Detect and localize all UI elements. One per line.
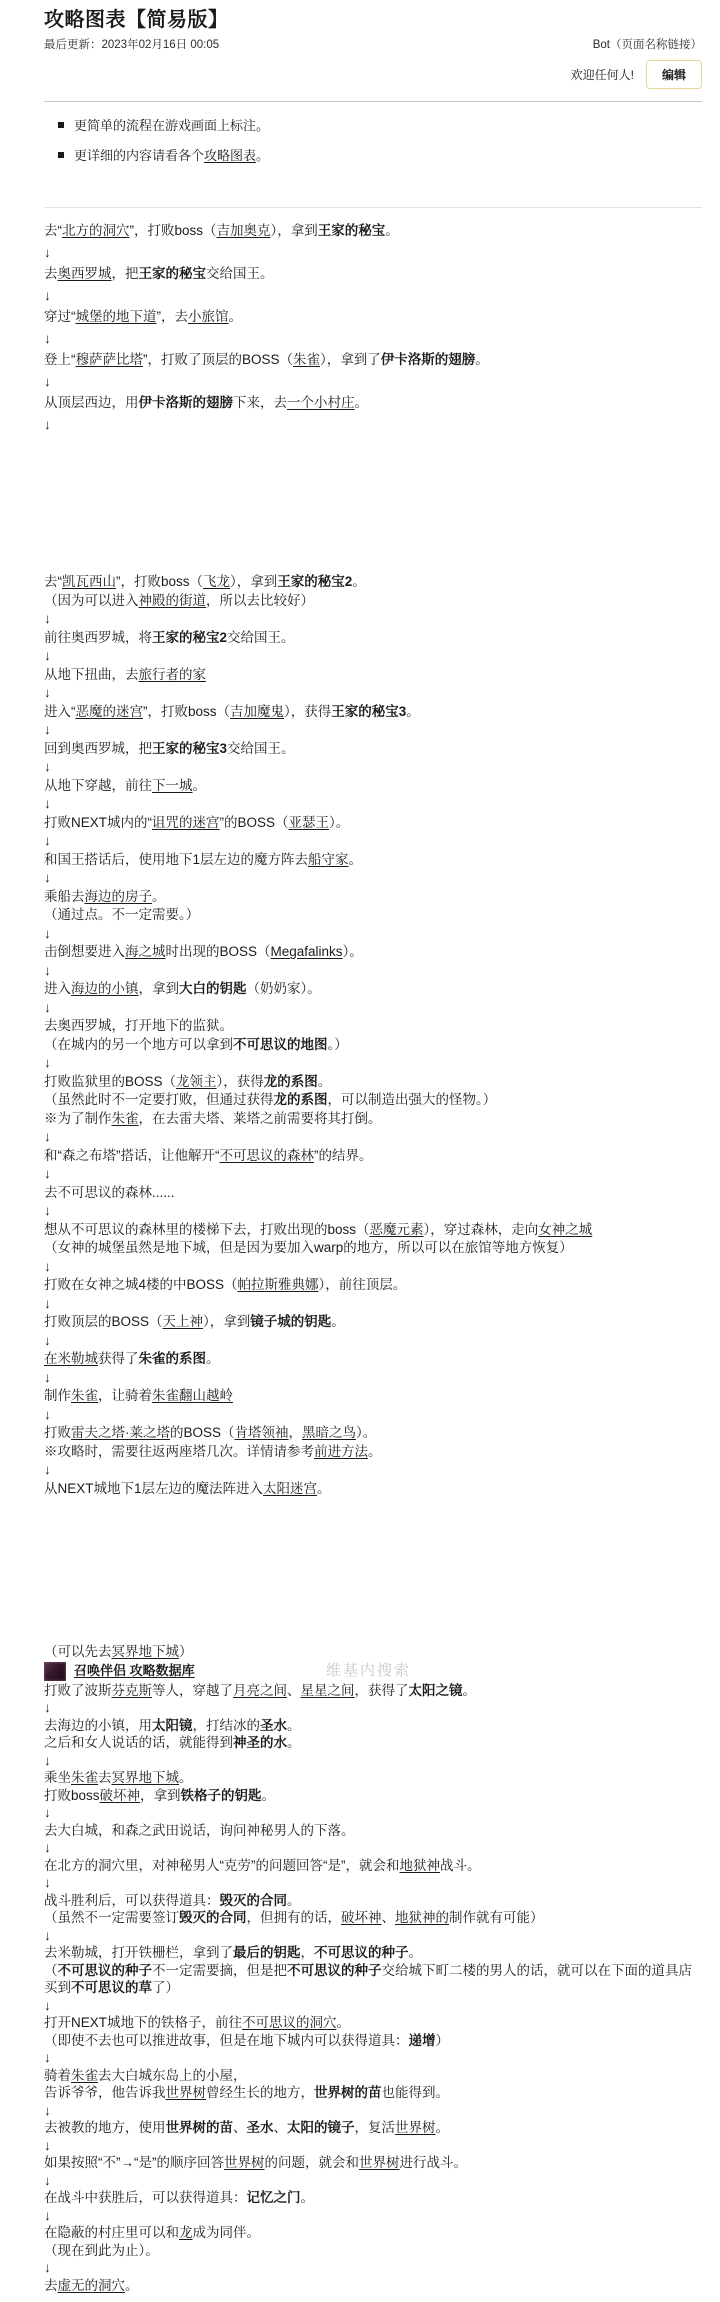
text: ↓ [44, 1333, 51, 1348]
flow-arrow: ↓ [44, 1054, 702, 1073]
text: ↓ [44, 1462, 51, 1477]
text: 等人，穿越了 [152, 1683, 233, 1698]
text: 、 [274, 2120, 288, 2135]
bold-text: 不可思议的种子 [287, 1963, 382, 1978]
text: 。 [287, 1735, 301, 1750]
inline-link[interactable]: Megafalinks [271, 944, 343, 959]
flow-arrow: ↓ [44, 1874, 702, 1892]
text: ↓ [44, 245, 51, 260]
flow-arrow: ↓ [44, 2207, 702, 2225]
flow-line: 去“凯瓦西山”，打败boss（飞龙），拿到王家的秘宝2。 [44, 573, 702, 592]
bullet-item: 更简单的流程在游戏画面上标注。 [58, 116, 702, 135]
flow-line: 登上“穆萨萨比塔”，打败了顶层的BOSS（朱雀），拿到了伊卡洛斯的翅膀。 [44, 349, 702, 371]
text: （虽然不一定需要签订 [44, 1910, 179, 1925]
flow-arrow: ↓ [44, 925, 702, 944]
flow-arrow: ↓ [44, 647, 702, 666]
inline-link[interactable]: 一个小村庄 [287, 395, 355, 410]
bold-text: 毁灭的合同 [179, 1910, 247, 1925]
text: 打败顶层的BOSS（ [44, 1314, 163, 1329]
bot-label: Bot（页面名称链接） [593, 38, 702, 52]
text: ”，打败boss（ [116, 574, 203, 589]
bold-text: 不可思议的草 [71, 1980, 152, 1995]
bold-text: 大白的钥匙 [179, 981, 247, 996]
flow-line: 打开NEXT城地下的铁格子，前往不可思议的洞穴。 [44, 2014, 702, 2032]
inline-link[interactable]: 龙 [179, 2225, 193, 2240]
text: 。 [463, 1683, 477, 1698]
page-title: 攻略图表【简易版】 [44, 8, 702, 32]
text: 时出现的BOSS（ [166, 944, 271, 959]
inline-link[interactable]: 冥界地下城 [112, 1770, 180, 1785]
flow-line: 骑着朱雀去大白城东岛上的小屋， [44, 2067, 702, 2085]
text: 乘坐 [44, 1770, 71, 1785]
text: 的BOSS（ [170, 1425, 235, 1440]
inline-link[interactable]: 地狱神的 [395, 1910, 449, 1925]
text: 打败了波斯 [44, 1683, 112, 1698]
text: 。 [318, 1074, 332, 1089]
text: 。 [287, 1718, 301, 1733]
text: ↓ [44, 870, 51, 885]
page-container: 攻略图表【简易版】 最后更新：2023年02月16日 00:05 Bot（页面名… [0, 0, 720, 2294]
text: 进入“ [44, 704, 76, 719]
bold-text: 太阳的镜子 [287, 2120, 355, 2135]
inline-link[interactable]: 朱雀 [71, 1770, 98, 1785]
text: ↓ [44, 1203, 51, 1218]
text: 去 [44, 266, 58, 281]
bold-text: 太阳之镜 [409, 1683, 463, 1698]
inline-link[interactable]: 前进方法 [314, 1444, 368, 1459]
text: 。 [317, 1481, 331, 1496]
text: 。 [287, 1893, 301, 1908]
flow-arrow: ↓ [44, 2172, 702, 2190]
edit-button[interactable]: 编辑 [646, 60, 702, 89]
text: ”的结界。 [314, 1148, 373, 1163]
text: ※为了制作 [44, 1111, 112, 1126]
text: ，但拥有的话， [247, 1910, 342, 1925]
text: （即使不去也可以推进故事，但是在地下城内可以获得道具： [44, 2033, 409, 2048]
text: 去“ [44, 223, 62, 238]
flow-arrow: ↓ [44, 2259, 702, 2277]
text: ↓ [44, 611, 51, 626]
text: 。 [409, 1945, 423, 1960]
inline-link[interactable]: 星星之间 [301, 1683, 355, 1698]
text: ↓ [44, 648, 51, 663]
text: 。 [229, 309, 243, 324]
flow-line: （可以先去冥界地下城） [44, 1643, 702, 1661]
bold-text: 王家的秘宝3 [152, 741, 227, 756]
text: ），获得 [284, 704, 331, 719]
text: 去被教的地方，使用 [44, 2120, 166, 2135]
text: ↓ [44, 796, 51, 811]
inline-link[interactable]: 诅咒的迷宫 [152, 815, 220, 830]
flow-line: 去米勒城，打开铁栅栏，拿到了最后的钥匙，不可思议的种子。 [44, 1944, 702, 1962]
bold-text: 朱雀的系图 [139, 1351, 207, 1366]
flow-arrow: ↓ [44, 2102, 702, 2120]
inline-link[interactable]: 月亮之间 [233, 1683, 287, 1698]
flow-arrow: ↓ [44, 999, 702, 1018]
inline-link[interactable]: 攻略图表 [204, 148, 256, 163]
text: 交给国王。 [227, 630, 295, 645]
flow-line: （虽然此时不一定要打败，但通过获得龙的系图，可以制造出强大的怪物。） [44, 1091, 702, 1110]
flow-line: 战斗胜利后，可以获得道具：毁灭的合同。 [44, 1892, 702, 1910]
flow-line: 穿过“城堡的地下道”，去小旅馆。 [44, 306, 702, 328]
bold-text: 铁格子的钥匙 [181, 1788, 262, 1803]
inline-link[interactable]: 旅行者的家 [139, 667, 207, 682]
text: 曾经生长的地方， [206, 2085, 314, 2100]
text: （虽然此时不一定要打败，但通过获得 [44, 1092, 274, 1107]
inline-link[interactable]: 奥西罗城 [58, 266, 112, 281]
bold-text: 王家的秘宝 [318, 223, 386, 238]
text: ，所以去比较好） [206, 593, 314, 608]
bold-text: 递增 [409, 2033, 436, 2048]
text: ）。 [343, 944, 363, 959]
flow-line: 从地下穿越，前往下一城。 [44, 777, 702, 796]
flow-arrow: ↓ [44, 758, 702, 777]
inline-link[interactable]: 地狱神 [399, 1858, 440, 1873]
text: ”，去 [157, 309, 189, 324]
flow-arrow: ↓ [44, 1699, 702, 1717]
flow-arrow: ↓ [44, 1804, 702, 1822]
flow-line: 打败监狱里的BOSS（龙领主），获得龙的系图。 [44, 1073, 702, 1092]
text: 从NEXT城地下1层左边的魔法阵进入 [44, 1481, 263, 1496]
text: ↓ [44, 331, 51, 346]
text: 。 [349, 852, 363, 867]
flow-line: 去“北方的洞穴”，打败boss（吉加奥克），拿到王家的秘宝。 [44, 220, 702, 242]
text: ↓ [44, 1753, 51, 1768]
flow-line: （现在到此为止）。 [44, 2242, 702, 2260]
text: （奶奶家）。 [247, 981, 321, 996]
text: 。 [152, 889, 166, 904]
inline-link[interactable]: 海之城 [125, 944, 166, 959]
text: ↓ [44, 926, 51, 941]
flow-line: 打败NEXT城内的“诅咒的迷宫”的BOSS（亚瑟王）。 [44, 814, 702, 833]
text: 也能得到。 [382, 2085, 450, 2100]
text: 。 [436, 2120, 450, 2135]
inline-link[interactable]: 亚瑟王 [289, 815, 330, 830]
flow-line: 如果按照“不”→“是”的顺序回答世界树的问题，就会和世界树进行战斗。 [44, 2154, 702, 2172]
flow-arrow: ↓ [44, 2137, 702, 2155]
text: ） [436, 2033, 450, 2048]
inline-link[interactable]: 不可思议的森林 [220, 1148, 315, 1163]
text: 。 [385, 223, 399, 238]
inline-link[interactable]: 恶魔元素 [370, 1222, 424, 1237]
flow-line: ※为了制作朱雀，在去雷夫塔、莱塔之前需要将其打倒。 [44, 1110, 702, 1129]
flow-line: 在战斗中获胜后，可以获得道具：记忆之门。 [44, 2189, 702, 2207]
inline-link[interactable]: 肯塔领袖 [235, 1425, 289, 1440]
bold-text: 圣水 [260, 1718, 287, 1733]
flow-line: 去奥西罗城，把王家的秘宝交给国王。 [44, 263, 702, 285]
text: ↓ [44, 2260, 51, 2275]
text: ， [289, 1425, 303, 1440]
flow-line: ※攻略时，需要往返两座塔几次。详情请参考前进方法。 [44, 1443, 702, 1462]
text: ↓ [44, 1928, 51, 1943]
bold-text: 王家的秘宝2 [277, 574, 352, 589]
bold-text: 毁灭的合同 [220, 1893, 288, 1908]
bold-text: 镜子城的钥匙 [250, 1314, 331, 1329]
text: ↓ [44, 1129, 51, 1144]
text: 告诉爷爷，他告诉我 [44, 2085, 166, 2100]
flow-line: （女神的城堡虽然是地下城，但是因为要加入warp的地方，所以可以在旅馆等地方恢复… [44, 1239, 702, 1258]
text: 下来，去 [233, 395, 287, 410]
bold-text: 世界树的苗 [166, 2120, 234, 2135]
inline-link[interactable]: 不可思议的洞穴 [242, 2015, 337, 2030]
text: ，可以制造出强大的怪物。） [328, 1092, 497, 1107]
companion-database-link[interactable]: 召唤伴侣 攻略数据库 [74, 1662, 195, 1680]
flow-arrow: ↓ [44, 684, 702, 703]
inline-link[interactable]: 城堡的地下道 [76, 309, 157, 324]
inline-link[interactable]: 朱雀翻山越岭 [152, 1388, 233, 1403]
inline-link[interactable]: 北方的洞穴 [62, 223, 130, 238]
flow-line: 乘船去海边的房子。 [44, 888, 702, 907]
flow-arrow: ↓ [44, 1839, 702, 1857]
text: 制作 [44, 1388, 71, 1403]
flow-line: 在米勒城获得了朱雀的系图。 [44, 1350, 702, 1369]
text: 。 [406, 704, 420, 719]
text: 去奥西罗城，打开地下的监狱。 [44, 1018, 233, 1033]
flow-arrow: ↓ [44, 1165, 702, 1184]
text: 交给国王。 [227, 741, 295, 756]
flow-line: 去被教的地方，使用世界树的苗、圣水、太阳的镜子，复活世界树。 [44, 2119, 702, 2137]
flow-line: （通过点。不一定需要。） [44, 906, 702, 925]
text: 、 [287, 1683, 301, 1698]
bold-text: 王家的秘宝2 [152, 630, 227, 645]
text: 去海边的小镇，用 [44, 1718, 152, 1733]
text: （可以先去 [44, 1644, 112, 1659]
flow-line: 去不可思议的森林...... [44, 1184, 702, 1203]
text: （通过点。不一定需要。） [44, 907, 199, 922]
flow-arrow: ↓ [44, 285, 702, 307]
text: 和国王搭话后，使用地下1层左边的魔方阵去 [44, 852, 308, 867]
text: （ [44, 1963, 58, 1978]
text: ） [179, 1644, 193, 1659]
wiki-search-watermark: 维基内搜索 [326, 1662, 411, 1680]
inline-link[interactable]: 太阳迷宫 [263, 1481, 317, 1496]
text: （现在到此为止）。 [44, 2243, 159, 2258]
inline-link[interactable]: 破坏神 [100, 1788, 141, 1803]
text: ↓ [44, 1000, 51, 1015]
text: （女神的城堡虽然是地下城，但是因为要加入warp的地方，所以可以在旅馆等地方恢复… [44, 1240, 573, 1255]
text: ↓ [44, 417, 51, 432]
text: 在战斗中获胜后，可以获得道具： [44, 2190, 247, 2205]
text: 打开NEXT城地下的铁格子，前往 [44, 2015, 242, 2030]
text: （在城内的另一个地方可以拿到 [44, 1037, 233, 1052]
text: ↓ [44, 1370, 51, 1385]
bold-text: 龙的系图 [264, 1074, 318, 1089]
flow-line: 想从不可思议的森林里的楼梯下去，打败出现的boss（恶魔元素），穿过森林，走向女… [44, 1221, 702, 1240]
text: 战斗胜利后，可以获得道具： [44, 1893, 220, 1908]
inline-link[interactable]: 海边的小镇 [71, 981, 139, 996]
inline-link[interactable]: 小旅馆 [188, 309, 229, 324]
flow-arrow: ↓ [44, 371, 702, 393]
text: ↓ [44, 2208, 51, 2223]
inline-link[interactable]: 冥界地下城 [112, 1644, 180, 1659]
bold-text: 王家的秘宝 [139, 266, 207, 281]
text: ↓ [44, 2138, 51, 2153]
text: 了） [152, 1980, 179, 1995]
text: 。） [328, 1037, 348, 1052]
text: ↓ [44, 1998, 51, 2013]
inline-link[interactable]: 飞龙 [203, 574, 230, 589]
text: ↓ [44, 2103, 51, 2118]
text: 去 [98, 1770, 112, 1785]
text: 。 [368, 1444, 382, 1459]
text: 和“森之布塔”搭话，让他解开“ [44, 1148, 220, 1163]
inline-link[interactable]: 朱雀 [71, 1388, 98, 1403]
companion-thumbnail-icon[interactable] [44, 1662, 66, 1681]
text: 在北方的洞穴里，对神秘男人“克劳”的问题回答“是”，就会和 [44, 1858, 399, 1873]
inline-link[interactable]: 朱雀 [293, 352, 320, 367]
flow-arrow: ↓ [44, 242, 702, 264]
text: 打败在女神之城4楼的中BOSS（ [44, 1277, 238, 1292]
flow-line: （因为可以进入神殿的街道，所以去比较好） [44, 592, 702, 611]
walkthrough-section-1: 去“北方的洞穴”，打败boss（吉加奥克），拿到王家的秘宝。↓去奥西罗城，把王家… [44, 220, 702, 435]
flow-line: 和国王搭话后，使用地下1层左边的魔方阵去船守家。 [44, 851, 702, 870]
text: ↓ [44, 2050, 51, 2065]
inline-link[interactable]: 天上神 [163, 1314, 204, 1329]
bold-text: 王家的秘宝3 [331, 704, 406, 719]
inline-link[interactable]: 帕拉斯雅典娜 [238, 1277, 319, 1292]
text: ），穿过森林，走向 [424, 1222, 539, 1237]
inline-link[interactable]: 世界树 [166, 2085, 207, 2100]
flow-arrow: ↓ [44, 1202, 702, 1221]
text: 。 [352, 574, 366, 589]
text: 。 [331, 1314, 345, 1329]
inline-link[interactable]: 恶魔的迷宫 [76, 704, 144, 719]
text: ， [301, 1945, 315, 1960]
text: ），获得 [217, 1074, 264, 1089]
bold-text: 伊卡洛斯的翅膀 [139, 395, 234, 410]
text: ），拿到 [203, 1314, 250, 1329]
text: ，让骑着 [98, 1388, 152, 1403]
text: 去大白城，和森之武田说话，询问神秘男人的下落。 [44, 1823, 355, 1838]
inline-link[interactable]: 下一城 [152, 778, 193, 793]
text: 打败监狱里的BOSS（ [44, 1074, 176, 1089]
flow-arrow: ↓ [44, 795, 702, 814]
inline-link[interactable]: 芬克斯 [112, 1683, 153, 1698]
flow-line: （即使不去也可以推进故事，但是在地下城内可以获得道具：递增） [44, 2032, 702, 2050]
text: ），拿到 [271, 223, 318, 238]
text: ），拿到 [230, 574, 277, 589]
text: 。 [301, 2190, 315, 2205]
text: 想从不可思议的森林里的楼梯下去，打败出现的boss（ [44, 1222, 370, 1237]
inline-link[interactable]: 龙领主 [176, 1074, 217, 1089]
text: ”，打败了顶层的BOSS（ [143, 352, 293, 367]
flow-line: 进入海边的小镇，拿到大白的钥匙（奶奶家）。 [44, 980, 702, 999]
flow-line: 回到奥西罗城，把王家的秘宝3交给国王。 [44, 740, 702, 759]
flow-line: 进入“恶魔的迷宫”，打败boss（吉加魔鬼），获得王家的秘宝3。 [44, 703, 702, 722]
flow-line: 前往奥西罗城，将王家的秘宝2交给国王。 [44, 629, 702, 648]
text: 。 [262, 1788, 276, 1803]
inline-link[interactable]: 海边的房子 [85, 889, 153, 904]
inline-link[interactable]: 吉加奥克 [217, 223, 271, 238]
bold-text: 太阳镜 [152, 1718, 193, 1733]
flow-line: 制作朱雀，让骑着朱雀翻山越岭 [44, 1387, 702, 1406]
inline-link[interactable]: 破坏神 [341, 1910, 382, 1925]
divider-content [44, 207, 702, 208]
text: ↓ [44, 722, 51, 737]
text: ）。 [329, 815, 349, 830]
flow-arrow: ↓ [44, 1461, 702, 1480]
inline-link[interactable]: 世界树 [359, 2155, 400, 2170]
text: 。 [125, 2278, 139, 2293]
text: 登上“ [44, 352, 76, 367]
inline-link[interactable]: 女神之城 [538, 1222, 592, 1237]
text: ，获得了 [355, 1683, 409, 1698]
flow-arrow: ↓ [44, 1369, 702, 1388]
inline-link[interactable]: 虚无的洞穴 [58, 2278, 126, 2293]
inline-link[interactable]: 神殿的街道 [139, 593, 207, 608]
text: 更详细的内容请看各个 [74, 148, 204, 163]
flow-arrow: ↓ [44, 1927, 702, 1945]
text: ，在去雷夫塔、莱塔之前需要将其打倒。 [139, 1111, 382, 1126]
inline-link[interactable]: 世界树 [395, 2120, 436, 2135]
text: ↓ [44, 288, 51, 303]
walkthrough-section-3: （可以先去冥界地下城）召唤伴侣 攻略数据库维基内搜索打败了波斯芬克斯等人，穿越了… [44, 1643, 702, 2294]
text: 回到奥西罗城，把 [44, 741, 152, 756]
text: ），拿到了 [320, 352, 381, 367]
text: 。 [256, 148, 269, 163]
text: 打败 [44, 1425, 71, 1440]
text: 。 [337, 2015, 351, 2030]
inline-link[interactable]: 在米勒城 [44, 1351, 98, 1366]
flow-line: 打败雷夫之塔·莱之塔的BOSS（肯塔领袖，黑暗之鸟）。 [44, 1424, 702, 1443]
flow-line: 去虚无的洞穴。 [44, 2277, 702, 2295]
flow-arrow: ↓ [44, 1406, 702, 1425]
text: 之后和女人说话的话，就能得到 [44, 1735, 233, 1750]
inline-link[interactable]: 吉加魔鬼 [230, 704, 284, 719]
inline-link[interactable]: 朱雀 [71, 2068, 98, 2083]
inline-link[interactable]: 黑暗之鸟 [302, 1425, 356, 1440]
text: 去不可思议的森林...... [44, 1185, 175, 1200]
flow-line: 打败顶层的BOSS（天上神），拿到镜子城的钥匙。 [44, 1313, 702, 1332]
text: 穿过“ [44, 309, 76, 324]
welcome-row: 欢迎任何人! 编辑 [44, 60, 702, 89]
flow-arrow: ↓ [44, 610, 702, 629]
flow-arrow: ↓ [44, 1128, 702, 1147]
text: 不一定需要摘，但是把 [152, 1963, 287, 1978]
flow-line: 从地下扭曲，去旅行者的家 [44, 666, 702, 685]
text: ↓ [44, 963, 51, 978]
inline-link[interactable]: 雷夫之塔·莱之塔 [71, 1425, 170, 1440]
welcome-text: 欢迎任何人! [571, 66, 634, 83]
flow-line: 乘坐朱雀去冥界地下城。 [44, 1769, 702, 1787]
text: ↓ [44, 1805, 51, 1820]
flow-line: （虽然不一定需要签订毁灭的合同，但拥有的话，破坏神、地狱神的制作就有可能） [44, 1909, 702, 1927]
flow-line: 之后和女人说话的话，就能得到神圣的水。 [44, 1734, 702, 1752]
bold-text: 记忆之门 [247, 2190, 301, 2205]
bold-text: 最后的钥匙 [233, 1945, 301, 1960]
inline-link[interactable]: 世界树 [224, 2155, 265, 2170]
text: 获得了 [98, 1351, 139, 1366]
flow-arrow: ↓ [44, 1332, 702, 1351]
text: 如果按照“不”→“是”的顺序回答 [44, 2155, 224, 2170]
inline-link[interactable]: 朱雀 [112, 1111, 139, 1126]
inline-link[interactable]: 穆萨萨比塔 [76, 352, 144, 367]
text: ，把 [112, 266, 139, 281]
flow-line: 去海边的小镇，用太阳镜，打结冰的圣水。 [44, 1717, 702, 1735]
promo-line: 召唤伴侣 攻略数据库维基内搜索 [44, 1661, 702, 1682]
text: 的问题，就会和 [264, 2155, 359, 2170]
inline-link[interactable]: 船守家 [308, 852, 349, 867]
text: ，打结冰的 [193, 1718, 261, 1733]
text: ↓ [44, 833, 51, 848]
text: 乘船去 [44, 889, 85, 904]
text: 。 [206, 1351, 220, 1366]
text: ↓ [44, 1259, 51, 1274]
text: ”的BOSS（ [220, 815, 289, 830]
text: 从地下扭曲，去 [44, 667, 139, 682]
inline-link[interactable]: 凯瓦西山 [62, 574, 116, 589]
text: ），前往顶层。 [319, 1277, 407, 1292]
